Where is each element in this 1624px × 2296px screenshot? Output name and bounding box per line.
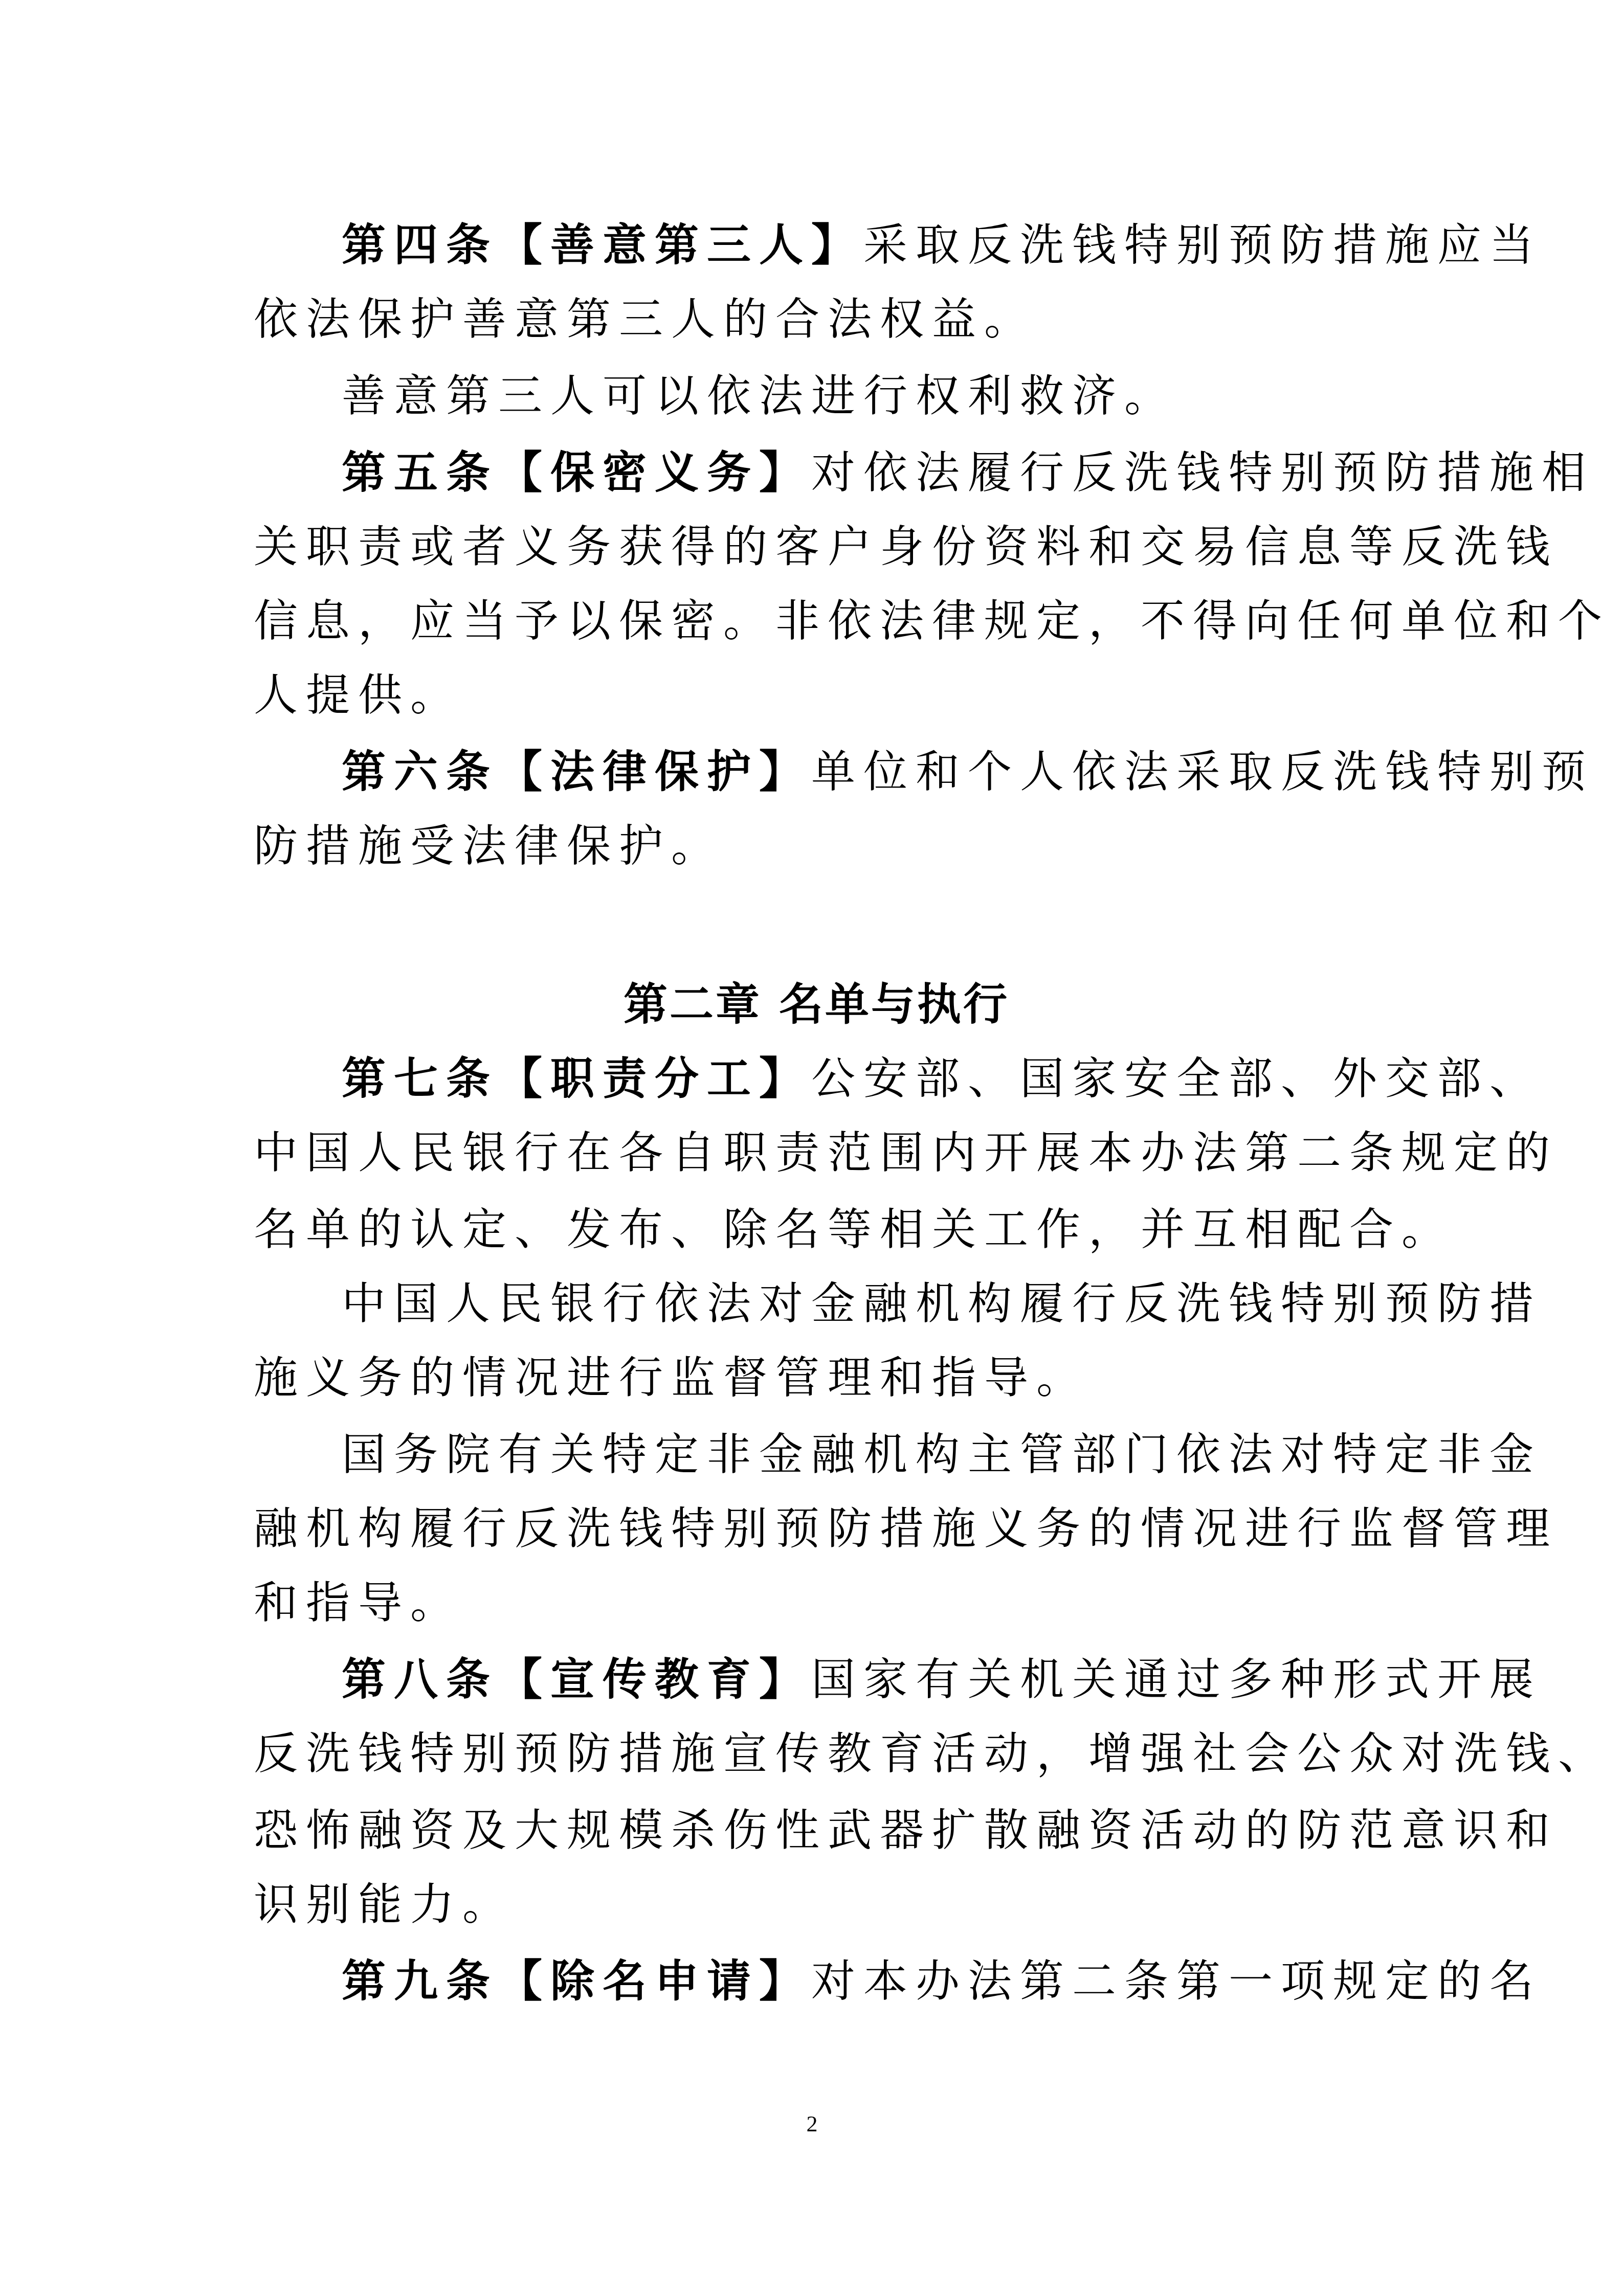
article-6-line-1: 第六条【法律保护】单位和个人依法采取反洗钱特别预: [342, 747, 1594, 798]
article-6-line-2: 防措施受法律保护。: [254, 821, 723, 872]
article-7-para2-line-1: 中国人民银行依法对金融机构履行反洗钱特别预防措: [342, 1278, 1542, 1330]
article-7-line-3: 名单的认定、发布、除名等相关工作，并互相配合。: [254, 1204, 1454, 1255]
article-8-line-4: 识别能力。: [254, 1879, 515, 1930]
article-6-heading: 第六条【法律保护】: [342, 747, 811, 798]
article-8-line-2: 反洗钱特别预防措施宣传教育活动，增强社会公众对洗钱、: [254, 1728, 1610, 1780]
article-5-line-1: 第五条【保密义务】对依法履行反洗钱特别预防措施相: [342, 447, 1594, 499]
article-7-para3-line-2: 融机构履行反洗钱特别预防措施义务的情况进行监督管理: [254, 1503, 1558, 1555]
article-7-heading: 第七条【职责分工】: [342, 1053, 811, 1105]
article-8-heading: 第八条【宣传教育】: [342, 1654, 811, 1705]
chapter-title: 第二章 名单与执行: [254, 979, 1379, 1030]
article-7-para2-line-2: 施义务的情况进行监督管理和指导。: [254, 1353, 1088, 1404]
article-7-line-2: 中国人民银行在各自职责范围内开展本办法第二条规定的: [254, 1128, 1558, 1179]
article-9-heading: 第九条【除名申请】: [342, 1956, 811, 2007]
article-4-paragraph-2: 善意第三人可以依法进行权利救济。: [342, 371, 1176, 422]
article-5-line-3: 信息，应当予以保密。非依法律规定，不得向任何单位和个: [254, 596, 1610, 647]
article-4-line-2: 依法保护善意第三人的合法权益。: [254, 294, 1036, 345]
article-5-line-4: 人提供。: [254, 670, 462, 721]
article-8-line-1: 第八条【宣传教育】国家有关机关通过多种形式开展: [342, 1654, 1542, 1705]
article-4-heading: 第四条【善意第三人】: [342, 220, 863, 271]
article-5-line-2: 关职责或者义务获得的客户身份资料和交易信息等反洗钱: [254, 522, 1558, 573]
article-4-line-1: 第四条【善意第三人】采取反洗钱特别预防措施应当: [342, 220, 1542, 271]
article-9-line-1: 第九条【除名申请】对本办法第二条第一项规定的名: [342, 1956, 1542, 2007]
page-number: 2: [0, 2111, 1624, 2137]
article-7-para3-line-1: 国务院有关特定非金融机构主管部门依法对特定非金: [342, 1429, 1542, 1480]
article-7-para3-line-3: 和指导。: [254, 1578, 462, 1629]
article-8-line-3: 恐怖融资及大规模杀伤性武器扩散融资活动的防范意识和: [254, 1805, 1558, 1856]
article-7-line-1: 第七条【职责分工】公安部、国家安全部、外交部、: [342, 1053, 1542, 1105]
article-5-heading: 第五条【保密义务】: [342, 447, 811, 499]
